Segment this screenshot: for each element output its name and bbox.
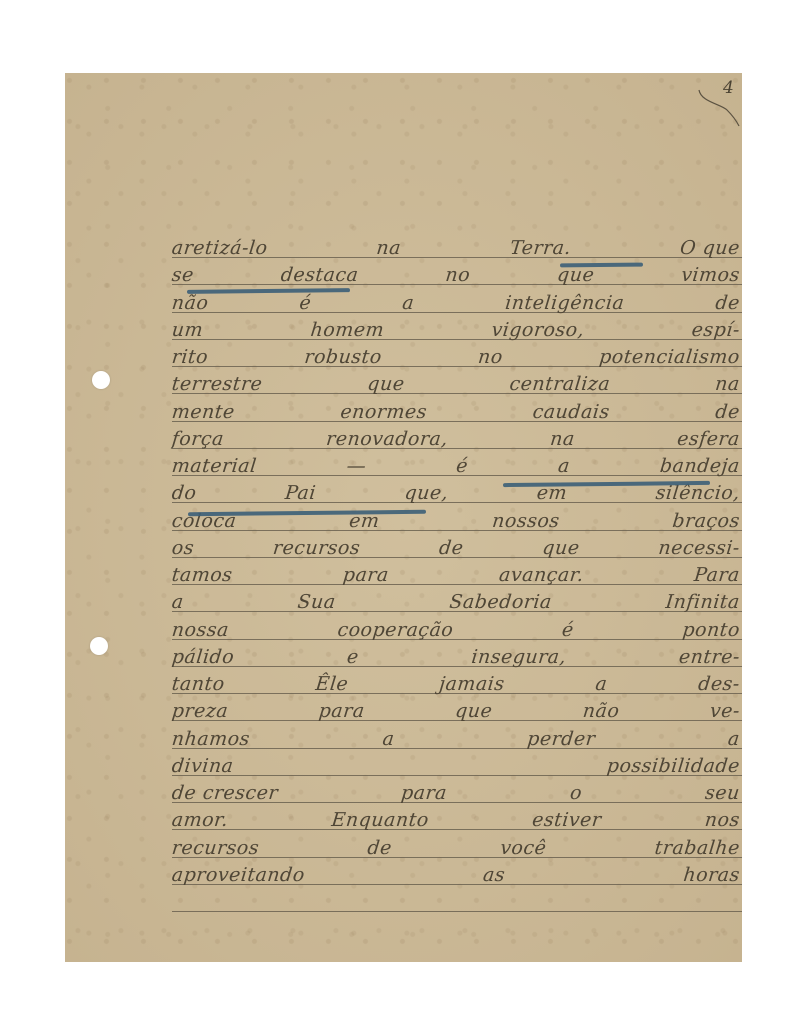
handwritten-word: Enquanto	[330, 809, 429, 831]
handwritten-word: de	[366, 837, 393, 859]
handwritten-word: vimos	[680, 264, 741, 286]
handwritten-word: de crescer	[171, 782, 279, 804]
handwritten-word: para	[400, 782, 448, 804]
handwritten-word: insegura,	[470, 646, 567, 668]
handwritten-word: centraliza	[508, 373, 611, 395]
handwritten-word: é	[298, 292, 312, 314]
punch-hole-bottom	[90, 637, 108, 655]
handwritten-word: bandeja	[659, 455, 741, 477]
handwritten-word: perder	[526, 728, 596, 750]
handwritten-word: seu	[704, 782, 741, 804]
handwritten-line: tamosparaavançar.Para	[171, 562, 742, 586]
handwritten-line: aretizá-lonaTerra.O que	[171, 235, 742, 259]
handwritten-word: para	[342, 564, 390, 586]
handwritten-word: vigoroso,	[490, 319, 585, 341]
handwritten-word: a	[401, 292, 415, 314]
handwritten-word: nossos	[491, 510, 561, 532]
handwritten-word: tamos	[171, 564, 234, 586]
handwritten-word: que	[541, 537, 580, 559]
handwritten-word: na	[375, 237, 402, 259]
handwritten-word: robusto	[303, 346, 383, 368]
handwritten-line: material—éabandeja	[171, 453, 742, 477]
handwritten-line: aproveitandoashoras	[171, 862, 742, 886]
handwritten-line: pálidoeinsegura,entre-	[171, 644, 742, 668]
handwritten-word: é	[455, 455, 469, 477]
handwritten-word: ponto	[681, 619, 741, 641]
handwritten-word: aretizá-lo	[171, 237, 269, 259]
handwritten-word: se	[171, 264, 195, 286]
handwritten-word: é	[561, 619, 575, 641]
handwritten-word: a	[557, 455, 571, 477]
handwritten-word: recursos	[171, 837, 261, 859]
handwritten-word: renovadora,	[325, 428, 449, 450]
handwritten-word: des-	[697, 673, 741, 695]
handwritten-line: terrestrequecentralizana	[171, 371, 742, 395]
handwritten-line: recursosdevocêtrabalhe	[171, 835, 742, 859]
handwritten-word: necessi-	[657, 537, 741, 559]
handwritten-word: cooperação	[336, 619, 454, 641]
handwritten-word: a	[382, 728, 396, 750]
handwritten-word: avançar.	[498, 564, 585, 586]
handwritten-word: no	[477, 346, 504, 368]
handwritten-word: espí-	[691, 319, 741, 341]
handwritten-word: destaca	[280, 264, 360, 286]
handwritten-word: silêncio,	[655, 482, 741, 504]
handwritten-word: Êle	[314, 673, 349, 695]
handwritten-word: os	[171, 537, 196, 559]
handwritten-word: terrestre	[171, 373, 264, 395]
handwritten-word: de	[714, 292, 741, 314]
handwritten-word: que	[556, 264, 595, 286]
handwritten-word: horas	[682, 864, 741, 886]
handwritten-word: para	[318, 700, 366, 722]
handwritten-line: aSuaSabedoriaInfinita	[171, 589, 742, 613]
handwritten-word: um	[171, 319, 205, 341]
handwritten-word: do	[171, 482, 198, 504]
handwritten-word: tanto	[171, 673, 226, 695]
handwritten-word: nos	[704, 809, 741, 831]
handwritten-word: a	[727, 728, 741, 750]
handwritten-word: força	[171, 428, 225, 450]
handwritten-word: mente	[171, 401, 236, 423]
handwritten-word: de	[714, 401, 741, 423]
handwritten-word: amor.	[171, 809, 230, 831]
handwritten-line: nossacooperaçãoéponto	[171, 617, 742, 641]
handwritten-word: o	[569, 782, 583, 804]
handwritten-word: na	[714, 373, 741, 395]
handwritten-word: enormes	[339, 401, 428, 423]
handwritten-word: Sua	[296, 591, 336, 613]
handwritten-word: Sabedoria	[448, 591, 553, 613]
handwritten-line: nhamosaperdera	[171, 726, 742, 750]
handwritten-line: prezaparaquenãove-	[171, 698, 742, 722]
handwritten-word: rito	[171, 346, 210, 368]
handwritten-word: O que	[679, 237, 741, 259]
handwritten-line: osrecursosdequenecessi-	[171, 535, 742, 559]
handwritten-word: a	[171, 591, 185, 613]
handwritten-line: ritorobustonopotencialismo	[171, 344, 742, 368]
handwritten-word: jamais	[438, 673, 506, 695]
handwritten-word: pálido	[171, 646, 236, 668]
handwritten-word: estiver	[531, 809, 603, 831]
handwritten-word: entre-	[678, 646, 741, 668]
handwritten-word: homem	[309, 319, 385, 341]
handwritten-word: não	[582, 700, 621, 722]
handwritten-word: nossa	[171, 619, 230, 641]
handwritten-word: as	[482, 864, 506, 886]
handwritten-word: trabalhe	[654, 837, 741, 859]
punch-hole-top	[92, 371, 110, 389]
handwritten-word: e	[346, 646, 360, 668]
handwritten-word: caudais	[532, 401, 611, 423]
handwritten-line: de crescerparaoseu	[171, 780, 742, 804]
handwritten-word: Terra.	[509, 237, 572, 259]
page-number-flourish-icon	[697, 88, 742, 128]
handwritten-word: Infinita	[665, 591, 741, 613]
handwritten-word: recursos	[272, 537, 362, 559]
handwritten-word: nhamos	[171, 728, 251, 750]
handwritten-word: que,	[403, 482, 449, 504]
handwritten-word: material	[171, 455, 258, 477]
handwritten-line: forçarenovadora,naesfera	[171, 426, 742, 450]
handwritten-line: amor.Enquantoestivernos	[171, 807, 742, 831]
handwritten-word: você	[499, 837, 547, 859]
handwritten-word: potencialismo	[598, 346, 741, 368]
handwritten-word: que	[366, 373, 405, 395]
handwritten-line: sedestacanoquevimos	[171, 262, 742, 286]
handwritten-word: preza	[171, 700, 230, 722]
handwritten-word: ve-	[709, 700, 741, 722]
handwritten-word: possibilidade	[606, 755, 741, 777]
handwritten-word: inteligência	[504, 292, 625, 314]
ruled-line	[172, 911, 742, 912]
handwritten-word: Para	[693, 564, 741, 586]
handwritten-word: a	[594, 673, 608, 695]
handwritten-word: que	[454, 700, 493, 722]
handwritten-word: de	[438, 537, 465, 559]
handwritten-word: divina	[171, 755, 235, 777]
handwritten-word: —	[346, 455, 368, 477]
handwritten-word: no	[444, 264, 471, 286]
handwritten-word: braços	[671, 510, 741, 532]
handwritten-word: na	[549, 428, 576, 450]
handwritten-word: esfera	[676, 428, 741, 450]
handwritten-line: divinapossibilidade	[171, 753, 742, 777]
handwritten-line: tantoÊlejamaisades-	[171, 671, 742, 695]
handwritten-line: umhomemvigoroso,espí-	[171, 317, 742, 341]
handwritten-line: menteenormescaudaisde	[171, 399, 742, 423]
handwritten-word: aproveitando	[171, 864, 306, 886]
handwritten-word: Pai	[284, 482, 317, 504]
handwritten-word: não	[171, 292, 210, 314]
